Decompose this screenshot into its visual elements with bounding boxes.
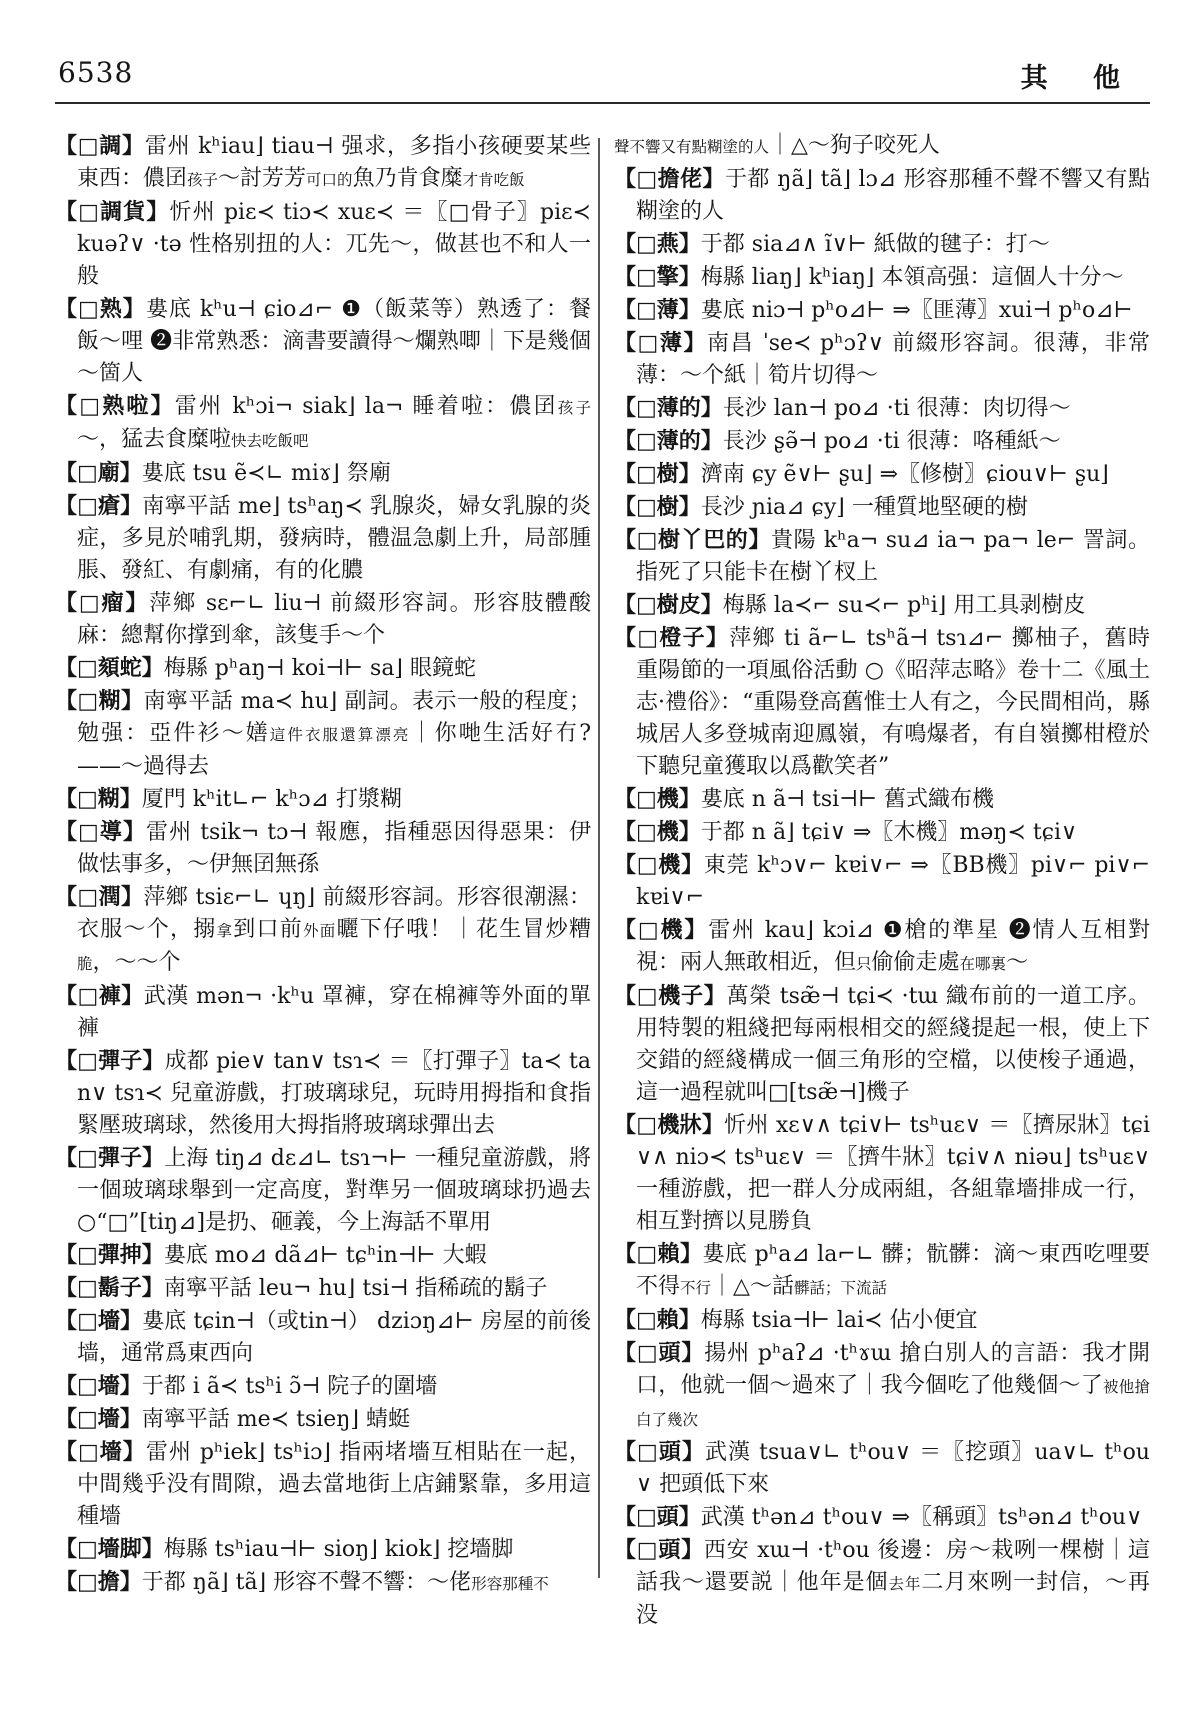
dictionary-entry: 【□機子】萬榮 tsæ̃⊣ tɕi≺ ·tɯ 織布前的一道工序。用特製的粗綫把每… — [614, 980, 1150, 1109]
dictionary-entry: 【□糊】南寧平話 ma≺ hu⌋ 副詞。表示一般的程度；勉强：亞件衫～嫸這件衣服… — [55, 685, 591, 783]
dictionary-entry: 【□糊】厦門 kʰit∟⌐ kʰɔ⊿ 打漿糊 — [55, 783, 591, 816]
entry-text: 長沙 lan⊣ po⊿ ·ti 很薄：肉切得～ — [723, 396, 1071, 421]
dictionary-entry: 【□墻】雷州 pʰiek⌋ tsʰiɔ⌋ 指兩堵墻互相貼在一起，中間幾乎没有間隙… — [55, 1436, 591, 1533]
entry-annotation-small: 髒話；下流話 — [794, 1279, 887, 1297]
entry-headword: 【□熟】 — [55, 296, 146, 322]
entry-annotation-small: 才肯吃飯 — [463, 171, 525, 189]
entry-headword: 【□機牀】 — [614, 1112, 724, 1138]
entry-headword: 【□橙子】 — [614, 625, 729, 651]
dictionary-entry: 【□燕】于都 sia⊿∧ ĩ∨⊢ 紙做的毽子：打～ — [614, 228, 1150, 261]
entry-annotation-small: 可口的 — [306, 171, 353, 189]
entry-text: 梅縣 la≺⌐ su≺⌐ pʰi⌋ 用工具剥樹皮 — [723, 593, 1086, 618]
entry-headword: 【□熟啦】 — [55, 393, 175, 419]
entry-headword: 【□燕】 — [614, 231, 701, 257]
entry-annotation-small: 拿 — [216, 922, 233, 940]
entry-headword: 【□樹】 — [614, 494, 701, 520]
dictionary-entry: 【□樹】濟南 ɕy ẽ∨⊢ ʂu⌋ ⇒〖修樹〗ɕiou∨⊢ ʂu⌋ — [614, 458, 1150, 491]
entry-headword: 【□賴】 — [614, 1241, 702, 1267]
entry-text: 雷州 kʰɔi¬ siak⌋ la¬ 睡着啦：儂囝 — [175, 394, 558, 419]
dictionary-entry: 【□頭】武漢 tsua∨∟ tʰou∨ ＝〖挖頭〗ua∨∟ tʰou∨ 把頭低下… — [614, 1436, 1150, 1501]
dictionary-entry: 【□褲】武漢 mən¬ ·kʰu 罩褲，穿在棉褲等外面的單褲 — [55, 980, 591, 1045]
entry-text: 婁底 mo⊿ dã⊿⊢ tɕʰin⊣⊢ 大蝦 — [164, 1243, 487, 1268]
entry-headword: 【□機】 — [614, 819, 701, 845]
entry-text: 長沙 ʂə̃⊣ po⊿ ·ti 很薄：咯種紙～ — [723, 429, 1061, 454]
entry-headword: 【□墻】 — [55, 1308, 142, 1334]
entry-text: 濟南 ɕy ẽ∨⊢ ʂu⌋ ⇒〖修樹〗ɕiou∨⊢ ʂu⌋ — [701, 462, 1109, 487]
entry-headword: 【□潤】 — [55, 884, 143, 910]
entry-text: 武漢 tsua∨∟ tʰou∨ ＝〖挖頭〗ua∨∟ tʰou∨ 把頭低下來 — [636, 1440, 1150, 1497]
entry-text: 梅縣 tsʰiau⊣⊢ sioŋ⌋ kiok⌋ 挖墻脚 — [164, 1537, 514, 1562]
entry-headword: 【□頭】 — [614, 1340, 704, 1366]
entry-text: 東莞 kʰɔ∨⌐ kɐi∨⌐ ⇒〖BB機〗pi∨⌐ pi∨⌐ kɐi∨⌐ — [636, 853, 1150, 910]
dictionary-entry: 【□機】婁底 n ã⊣ tsi⊣⊢ 舊式織布機 — [614, 783, 1150, 816]
entry-text: 武漢 mən¬ ·kʰu 罩褲，穿在棉褲等外面的單褲 — [77, 984, 591, 1041]
entry-headword: 【□調貨】 — [55, 199, 170, 225]
dictionary-entry: 【□機牀】忻州 xɛ∨∧ tɕi∨⊢ tsʰuɛ∨ ＝〖擠尿牀〗tɕi∨∧ ni… — [614, 1109, 1150, 1238]
entry-text: 武漢 tʰən⊿ tʰou∨ ⇒〖稱頭〗tsʰən⊿ tʰou∨ — [701, 1505, 1142, 1530]
entry-text: ｜△～狗子咬死人 — [769, 133, 940, 158]
entry-headword: 【□機子】 — [614, 983, 727, 1009]
section-title: 其 他 — [1021, 56, 1138, 95]
entry-headword: 【□墻脚】 — [55, 1536, 164, 1562]
entry-headword: 【□擔佬】 — [614, 166, 725, 192]
entry-annotation-small: 聲不響又有點糊塗的人 — [614, 138, 769, 156]
entry-headword: 【□薄】 — [614, 297, 701, 323]
entry-headword: 【□樹丫巴的】 — [614, 527, 771, 553]
dictionary-entry: 【□薄的】長沙 lan⊣ po⊿ ·ti 很薄：肉切得～ — [614, 392, 1150, 425]
dictionary-entry: 【□彈抻】婁底 mo⊿ dã⊿⊢ tɕʰin⊣⊢ 大蝦 — [55, 1239, 591, 1272]
dictionary-entry: 【□調貨】忻州 piɛ≺ tiɔ≺ xuɛ≺ ＝〖□骨子〗piɛ≺ kuəʔ∨ … — [55, 196, 591, 293]
dictionary-entry: 【□熟】婁底 kʰu⊣ ɕio⊿⌐ ❶（飯菜等）熟透了：餐飯～哩 ❷非常熟悉：滴… — [55, 293, 591, 390]
dictionary-entry: 【□賴】婁底 pʰa⊿ la⌐∟ 髒；骯髒：滴～東西吃哩要不得不行｜△～話髒話；… — [614, 1238, 1150, 1304]
entry-headword: 【□薄的】 — [614, 395, 723, 421]
dictionary-entry: 【□頭】西安 xɯ⊣ ·tʰou 後邊：房～栽咧一棵樹｜這話我～還要説｜他年是個… — [614, 1534, 1150, 1632]
entry-headword: 【□機】 — [614, 786, 701, 812]
entry-headword: 【□糊】 — [55, 688, 143, 714]
dictionary-entry: 【□樹】長沙 ɲia⊿ ɕy⌋ 一種質地堅硬的樹 — [614, 491, 1150, 524]
header-rule — [55, 102, 1150, 104]
dictionary-entry: 【□熟啦】雷州 kʰɔi¬ siak⌋ la¬ 睡着啦：儂囝孩子～，猛去食糜啦快… — [55, 390, 591, 457]
entry-headword: 【□彈子】 — [55, 1145, 164, 1171]
entry-headword: 【□墻】 — [55, 1439, 146, 1465]
entry-text: 南昌 ˈse≺ pʰɔʔ∨ 前綴形容詞。很薄，非常薄：～个紙｜筍片切得～ — [636, 331, 1150, 388]
entry-headword: 【□糊】 — [55, 786, 142, 812]
dictionary-entry: 【□橙子】萍鄉 ti ã⌐∟ tsʰã⊣ tsɿ⊿⌐ 擲柚子，舊時重陽節的一項風… — [614, 622, 1150, 783]
entry-text: ～討芳芳 — [218, 166, 306, 191]
dictionary-entry: 【□頭】武漢 tʰən⊿ tʰou∨ ⇒〖稱頭〗tsʰən⊿ tʰou∨ — [614, 1501, 1150, 1534]
dictionary-entry: 【□薄】婁底 niɔ⊣ pʰo⊿⊢ ⇒〖匪薄〗xui⊣ pʰo⊿⊢ — [614, 294, 1150, 327]
dictionary-entry: 聲不響又有點糊塗的人｜△～狗子咬死人 — [614, 130, 1150, 163]
dictionary-entry: 【□潤】萍鄉 tsiɛ⌐∟ ɥŋ⌋ 前綴形容詞。形容很潮濕：衣服～个，搦拿到口前… — [55, 881, 591, 980]
dictionary-entry: 【□彈子】上海 tiŋ⊿ dɛ⊿∟ tsɿ¬⊢ 一種兒童游戲，將一個玻璃球舉到一… — [55, 1142, 591, 1239]
entry-headword: 【□頭】 — [614, 1439, 705, 1465]
entry-annotation-small: 這件衣服還算漂亮 — [270, 726, 411, 744]
entry-text: 雷州 pʰiek⌋ tsʰiɔ⌋ 指兩堵墻互相貼在一起，中間幾乎没有間隙，過去當… — [77, 1440, 591, 1529]
dictionary-entry: 【□墻脚】梅縣 tsʰiau⊣⊢ sioŋ⌋ kiok⌋ 挖墻脚 — [55, 1533, 591, 1566]
entry-headword: 【□彈子】 — [55, 1048, 165, 1074]
dictionary-entry: 【□薄】南昌 ˈse≺ pʰɔʔ∨ 前綴形容詞。很薄，非常薄：～个紙｜筍片切得～ — [614, 327, 1150, 392]
dictionary-entry: 【□鬍子】南寧平話 leu¬ hu⌋ tsi⊣ 指稀疏的鬍子 — [55, 1272, 591, 1305]
entry-text: ～ — [1006, 950, 1028, 975]
entry-annotation-small: 去年 — [888, 1575, 921, 1593]
entry-headword: 【□薄的】 — [614, 428, 723, 454]
entry-headword: 【□擎】 — [614, 264, 701, 290]
entry-text: 南寧平話 me≺ tsieŋ⌋ 蜻蜓 — [142, 1407, 410, 1432]
entry-headword: 【□賴】 — [614, 1307, 701, 1333]
dictionary-entry: 【□機】于都 n ã⌋ tɕi∨ ⇒〖木機〗məŋ≺ tɕi∨ — [614, 816, 1150, 849]
entry-text: ～，猛去食糜啦 — [77, 427, 231, 452]
entry-text: 于都 sia⊿∧ ĩ∨⊢ 紙做的毽子：打～ — [701, 232, 1050, 257]
entry-text: 厦門 kʰit∟⌐ kʰɔ⊿ 打漿糊 — [142, 787, 402, 812]
dictionary-entry: 【□墻】婁底 tɕin⊣（或tin⊣） dziɔŋ⊿⊢ 房屋的前後墙，通常爲東西… — [55, 1305, 591, 1370]
column-left: 【□調】雷州 kʰiau⌋ tiau⊣ 强求，多指小孩硬要某些東西：儂囝孩子～討… — [55, 130, 591, 1600]
dictionary-entry: 【□導】雷州 tsik¬ tɔ⊣ 報應，指種惡因得惡果：伊做怯事多，～伊無囝無孫 — [55, 816, 591, 881]
dictionary-entry: 【□擎】梅縣 liaŋ⌋ kʰiaŋ⌋ 本領高强：這個人十分～ — [614, 261, 1150, 294]
entry-headword: 【□機】 — [614, 917, 708, 943]
entry-headword: 【□瘤】 — [55, 590, 149, 616]
dictionary-entry: 【□彈子】成都 pie∨ tan∨ tsɿ≺ ＝〖打彈子〗ta≺ tan∨ ts… — [55, 1045, 591, 1142]
dictionary-entry: 【□擔】于都 ŋã⌋ tã⌋ 形容不聲不響：～佬形容那種不 — [55, 1566, 591, 1600]
entry-headword: 【□頭】 — [614, 1537, 704, 1563]
entry-text: 于都 i ã≺ tsʰi ɔ̃⊣ 院子的圍墻 — [142, 1374, 437, 1399]
entry-annotation-small: 快去吃飯吧 — [231, 432, 309, 450]
column-right: 聲不響又有點糊塗的人｜△～狗子咬死人【□擔佬】于都 ŋã⌋ tã⌋ lɔ⊿ 形容… — [614, 130, 1150, 1632]
entry-headword: 【□樹】 — [614, 461, 701, 487]
entry-headword: 【□墻】 — [55, 1373, 142, 1399]
entry-headword: 【□調】 — [55, 133, 145, 159]
entry-annotation-small: 不行 — [680, 1279, 711, 1297]
entry-headword: 【□樹皮】 — [614, 592, 723, 618]
entry-text: 婁底 tɕin⊣（或tin⊣） dziɔŋ⊿⊢ 房屋的前後墙，通常爲東西向 — [77, 1309, 591, 1366]
page-number: 6538 — [58, 56, 133, 89]
dictionary-entry: 【□瘡】南寧平話 me⌋ tsʰaŋ≺ 乳腺炎，婦女乳腺的炎症，多見於哺乳期，發… — [55, 490, 591, 587]
column-divider — [598, 138, 600, 1578]
entry-headword: 【□機】 — [614, 852, 704, 878]
entry-annotation-small: 孩子 — [558, 399, 591, 417]
dictionary-entry: 【□調】雷州 kʰiau⌋ tiau⊣ 强求，多指小孩硬要某些東西：儂囝孩子～討… — [55, 130, 591, 196]
dictionary-entry: 【□機】東莞 kʰɔ∨⌐ kɐi∨⌐ ⇒〖BB機〗pi∨⌐ pi∨⌐ kɐi∨⌐ — [614, 849, 1150, 914]
entry-text: 萍鄉 sɛ⌐∟ liu⊣ 前綴形容詞。形容肢體酸麻：總幫你撑到傘，該隻手～个 — [77, 591, 591, 648]
dictionary-entry: 【□樹丫巴的】貴陽 kʰa¬ su⊿ ia¬ pa¬ le⌐ 詈詞。指死了只能卡… — [614, 524, 1150, 589]
entry-headword: 【□導】 — [55, 819, 146, 845]
entry-text: 梅縣 liaŋ⌋ kʰiaŋ⌋ 本領高强：這個人十分～ — [701, 265, 1124, 290]
entry-text: 南寧平話 me⌋ tsʰaŋ≺ 乳腺炎，婦女乳腺的炎症，多見於哺乳期，發病時，體… — [77, 494, 591, 583]
entry-text: 婁底 niɔ⊣ pʰo⊿⊢ ⇒〖匪薄〗xui⊣ pʰo⊿⊢ — [701, 298, 1133, 323]
entry-text: 于都 ŋã⌋ tã⌋ 形容不聲不響：～佬 — [142, 1570, 471, 1595]
entry-annotation-small: 只 — [856, 955, 872, 973]
entry-headword: 【□薄】 — [614, 330, 707, 356]
entry-text: 到口前 — [233, 917, 303, 942]
entry-text: ｜△～話 — [711, 1274, 794, 1299]
dictionary-entry: 【□賴】梅縣 tsia⊣⊢ lai≺ 佔小便宜 — [614, 1304, 1150, 1337]
entry-headword: 【□頭】 — [614, 1504, 701, 1530]
entry-text: 魚乃肯食糜 — [353, 166, 463, 191]
entry-annotation-small: 外面 — [303, 922, 337, 940]
entry-text: 婁底 n ã⊣ tsi⊣⊢ 舊式織布機 — [701, 787, 994, 812]
entry-text: 長沙 ɲia⊿ ɕy⌋ 一種質地堅硬的樹 — [701, 495, 1028, 520]
entry-headword: 【□鬍子】 — [55, 1275, 164, 1301]
dictionary-entry: 【□薄的】長沙 ʂə̃⊣ po⊿ ·ti 很薄：咯種紙～ — [614, 425, 1150, 458]
entry-text: ，～～个 — [93, 950, 181, 975]
entry-text: 南寧平話 leu¬ hu⌋ tsi⊣ 指稀疏的鬍子 — [164, 1276, 548, 1301]
dictionary-entry: 【□廟】婁底 tsu ẽ≺∟ miɤ⌋ 祭廟 — [55, 457, 591, 490]
entry-annotation-small: 脆 — [77, 955, 93, 973]
entry-headword: 【□擔】 — [55, 1569, 142, 1595]
entry-annotation-small: 在哪裏 — [960, 955, 1007, 973]
entry-text: 曬下仔哦！｜花生冒炒糟 — [336, 917, 590, 942]
entry-headword: 【□褲】 — [55, 983, 144, 1009]
dictionary-entry: 【□墻】于都 i ã≺ tsʰi ɔ̃⊣ 院子的圍墻 — [55, 1370, 591, 1403]
entry-headword: 【□廟】 — [55, 460, 142, 486]
dictionary-entry: 【□擔佬】于都 ŋã⌋ tã⌋ lɔ⊿ 形容那種不聲不響又有點糊塗的人 — [614, 163, 1150, 228]
dictionary-entry: 【□頦蛇】梅縣 pʰaŋ⊣ koi⊣⊢ sa⌋ 眼鏡蛇 — [55, 652, 591, 685]
entry-headword: 【□頦蛇】 — [55, 655, 164, 681]
entry-text: 于都 n ã⌋ tɕi∨ ⇒〖木機〗məŋ≺ tɕi∨ — [701, 820, 1077, 845]
dictionary-page: 6538 其 他 【□調】雷州 kʰiau⌋ tiau⊣ 强求，多指小孩硬要某些… — [0, 0, 1200, 1724]
entry-text: 雷州 tsik¬ tɔ⊣ 報應，指種惡因得惡果：伊做怯事多，～伊無囝無孫 — [77, 820, 591, 877]
entry-text: 梅縣 tsia⊣⊢ lai≺ 佔小便宜 — [701, 1308, 978, 1333]
dictionary-entry: 【□瘤】萍鄉 sɛ⌐∟ liu⊣ 前綴形容詞。形容肢體酸麻：總幫你撑到傘，該隻手… — [55, 587, 591, 652]
entry-text: 揚州 pʰaʔ⊿ ·tʰɤɯ 搶白別人的言語：我才開口，他就一個～過來了｜我今個… — [636, 1341, 1150, 1398]
entry-headword: 【□墻】 — [55, 1406, 142, 1432]
dictionary-entry: 【□頭】揚州 pʰaʔ⊿ ·tʰɤɯ 搶白別人的言語：我才開口，他就一個～過來了… — [614, 1337, 1150, 1436]
entry-headword: 【□彈抻】 — [55, 1242, 164, 1268]
entry-annotation-small: 孩子 — [187, 171, 218, 189]
entry-text: 梅縣 pʰaŋ⊣ koi⊣⊢ sa⌋ 眼鏡蛇 — [164, 656, 476, 681]
entry-text: 婁底 tsu ẽ≺∟ miɤ⌋ 祭廟 — [142, 461, 391, 486]
entry-headword: 【□瘡】 — [55, 493, 142, 519]
entry-annotation-small: 形容那種不 — [471, 1575, 549, 1593]
dictionary-entry: 【□機】雷州 kau⌋ kɔi⊿ ❶槍的準星 ❷情人互相對視：兩人無敢相近，但只… — [614, 914, 1150, 980]
dictionary-entry: 【□樹皮】梅縣 la≺⌐ su≺⌐ pʰi⌋ 用工具剥樹皮 — [614, 589, 1150, 622]
dictionary-entry: 【□墻】南寧平話 me≺ tsieŋ⌋ 蜻蜓 — [55, 1403, 591, 1436]
entry-text: 婁底 kʰu⊣ ɕio⊿⌐ ❶（飯菜等）熟透了：餐飯～哩 ❷非常熟悉：滴書要讀得… — [77, 297, 591, 386]
entry-text: 偷偷走處 — [872, 950, 960, 975]
